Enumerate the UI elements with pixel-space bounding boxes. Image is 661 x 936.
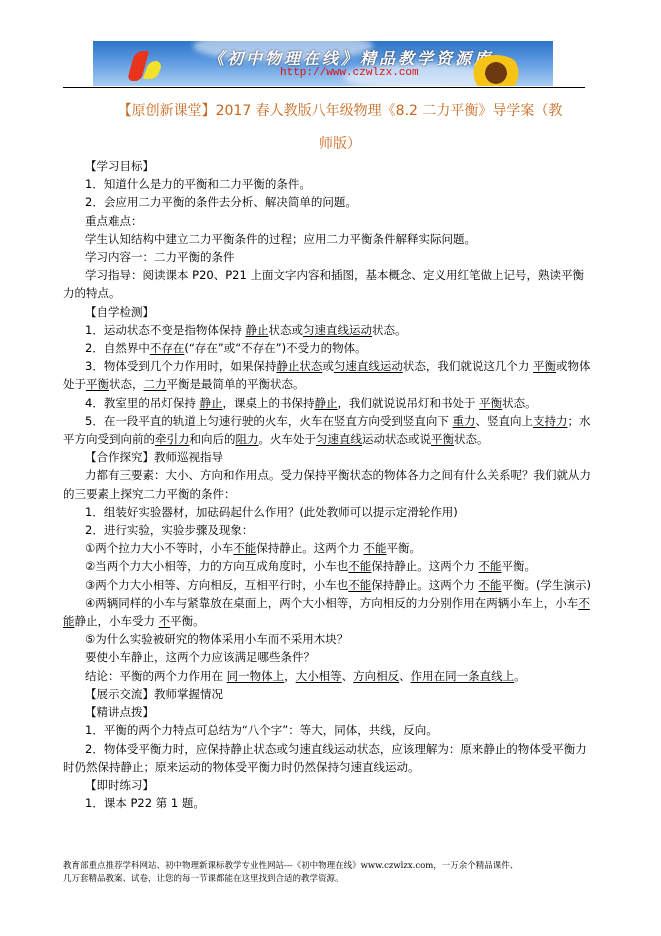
cooperation-intro: 力都有三要素：大小、方向和作用点。受力保持平衡状态的物体各力之间有什么关系呢？我… <box>63 466 593 502</box>
explain-item-2: 2．物体受平衡力时，应保持静止状态或匀速直线运动状态，应该理解为：原来静止的物体… <box>63 740 593 776</box>
key-points-text: 学生认知结构中建立二力平衡条件的过程；应用二力平衡条件解释实际问题。 <box>63 230 593 248</box>
header-banner: 《初中物理在线》精品教学资源库 http://www.czwlzx.com <box>93 41 553 86</box>
section-heading-goals: 【学习目标】 <box>63 157 593 175</box>
banner-url: http://www.czwlzx.com <box>280 67 419 79</box>
experiment-step-1: ①两个拉力大小不等时，小车不能保持静止。这两个力 不能平衡。 <box>63 539 593 557</box>
document-body: 【学习目标】 1．知道什么是力的平衡和二力平衡的条件。 2．会应用二力平衡的条件… <box>63 157 593 812</box>
practice-item-1: 1．课本 P22 第 1 题。 <box>63 794 593 812</box>
footer-line-2: 几万套精品教案、试卷，让您的每一节课都能在这里找到合适的教学资源。 <box>63 873 623 886</box>
cooperation-item-1: 1．组装好实验器材，加砝码起什么作用？(此处教师可以提示定滑轮作用) <box>63 503 593 521</box>
section-heading-key-points: 重点难点： <box>63 212 593 230</box>
self-check-item-5: 5．在一段平直的轨道上匀速行驶的火车，火车在竖直方向受到竖直向下 重力、竖直向上… <box>63 412 593 448</box>
section-heading-explain: 【精讲点拨】 <box>63 703 593 721</box>
goal-item: 2．会应用二力平衡的条件去分析、解决简单的问题。 <box>63 193 593 211</box>
self-check-item-1: 1．运动状态不变是指物体保持 静止状态或匀速直线运动状态。 <box>63 321 593 339</box>
banner-title: 《初中物理在线》精品教学资源库 <box>208 46 493 69</box>
conclusion: 结论：平衡的两个力作用在 同一物体上，大小相等、方向相反、作用在同一条直线上。 <box>63 667 593 685</box>
self-check-item-4: 4．教室里的吊灯保持 静止，课桌上的书保持静止，我们就说说吊灯和书处于 平衡状态… <box>63 394 593 412</box>
experiment-step-3: ③两个力大小相等、方向相反，互相平行时，小车也不能保持静止。这两个力 不能平衡。… <box>63 576 593 594</box>
goal-item: 1．知道什么是力的平衡和二力平衡的条件。 <box>63 175 593 193</box>
experiment-step-2: ②当两个力大小相等，力的方向互成角度时，小车也不能保持静止。这两个力 不能平衡。 <box>63 557 593 575</box>
sunflower-image <box>470 55 522 86</box>
cooperation-item-2: 2．进行实验，实验步骤及现象： <box>63 521 593 539</box>
experiment-step-4: ④两辆同样的小车与紧靠放在桌面上，两个大小相等，方向相反的力分别作用在两辆小车上… <box>63 594 593 630</box>
title-line-1: 【原创新课堂】2017 春人教版八年级物理《8.2 二力平衡》导学案（教 <box>60 95 620 128</box>
logo-icon-accent <box>143 61 164 79</box>
footer-line-1: 教育部重点推荐学科网站、初中物理新课标教学专业性网站---《初中物理在线》www… <box>63 860 623 873</box>
self-check-item-2: 2．自然界中不存在(“存在”或“不存在”)不受力的物体。 <box>63 339 593 357</box>
self-check-item-3: 3．物体受到几个力作用时，如果保持静止状态或匀速直线运动状态，我们就说这几个力 … <box>63 357 593 393</box>
section-heading-practice: 【即时练习】 <box>63 776 593 794</box>
experiment-question-5: ⑤为什么实验被研究的物体采用小车而不采用木块？ <box>63 630 593 648</box>
header-divider <box>63 87 585 88</box>
experiment-question-6: 要使小车静止，这两个力应该满足哪些条件？ <box>63 648 593 666</box>
section-heading-show: 【展示交流】教师掌握情况 <box>63 685 593 703</box>
section-heading-cooperation: 【合作探究】教师巡视指导 <box>63 448 593 466</box>
study-guide: 学习指导：阅读课本 P20、P21 上面文字内容和插图，基本概念、定义用红笔做上… <box>63 266 593 302</box>
section-heading-self-check: 【自学检测】 <box>63 303 593 321</box>
document-title: 【原创新课堂】2017 春人教版八年级物理《8.2 二力平衡》导学案（教 师版） <box>60 95 620 161</box>
explain-item-1: 1．平衡的两个力特点可总结为“八个字”：等大，同体，共线，反向。 <box>63 721 593 739</box>
content-heading: 学习内容一：二力平衡的条件 <box>63 248 593 266</box>
page-footer: 教育部重点推荐学科网站、初中物理新课标教学专业性网站---《初中物理在线》www… <box>63 860 623 886</box>
